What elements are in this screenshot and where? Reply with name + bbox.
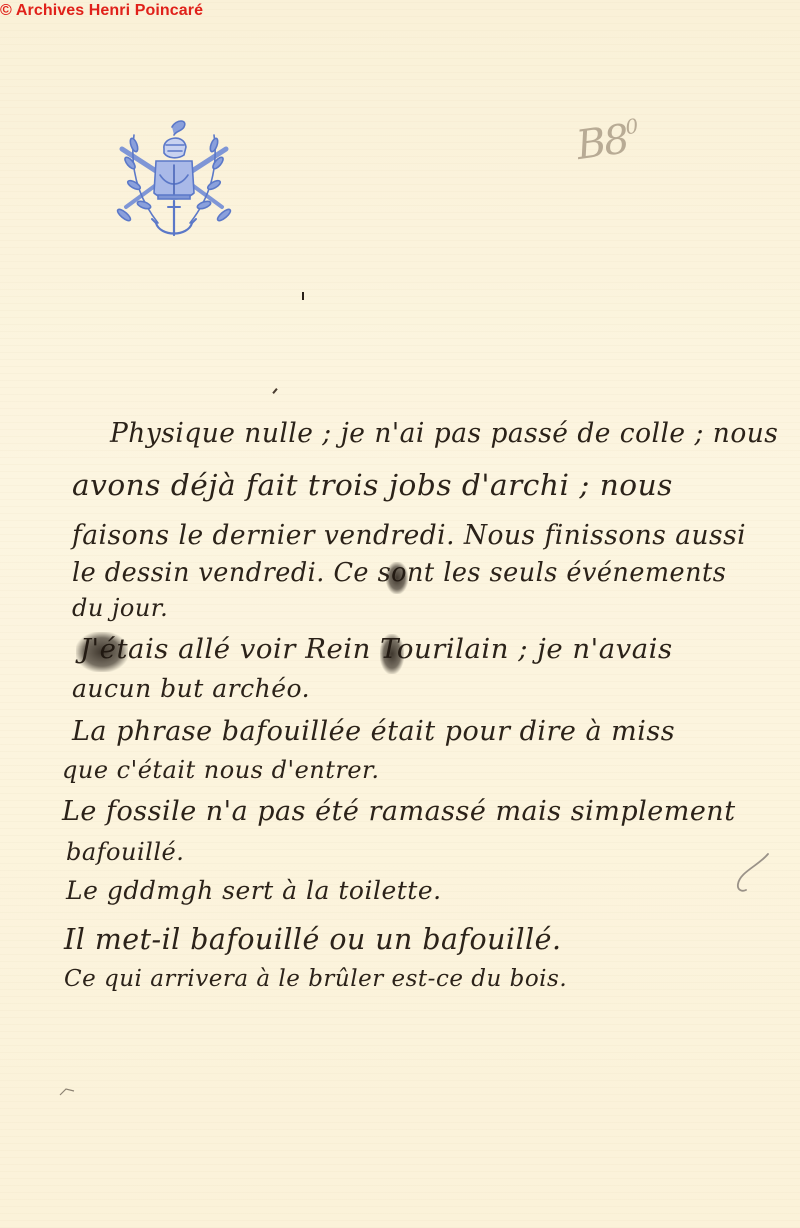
letter-line-2: avons déjà fait trois jobs d'archi ; nou…	[72, 468, 673, 502]
ink-blot	[386, 562, 408, 594]
crossed-out-word	[76, 632, 128, 672]
pencil-mark	[728, 850, 778, 896]
archive-mark-main: B8	[574, 116, 631, 169]
letter-line-5: du jour.	[72, 594, 168, 622]
letter-line-8: La phrase bafouillée était pour dire à m…	[72, 716, 675, 747]
letter-line-11: bafouillé.	[66, 838, 184, 866]
archive-reference-mark: B80	[573, 114, 641, 169]
letter-line-7: aucun but archéo.	[72, 674, 310, 703]
letter-line-14: Ce qui arrivera à le brûler est-ce du bo…	[64, 966, 567, 992]
letter-line-10: Le fossile n'a pas été ramassé mais simp…	[62, 796, 736, 827]
crest-icon	[112, 115, 236, 243]
ink-tick-mark	[302, 292, 304, 300]
archive-mark-sup: 0	[624, 114, 638, 139]
letter-line-9: que c'était nous d'entrer.	[62, 756, 380, 784]
letter-line-1: Physique nulle ; je n'ai pas passé de co…	[110, 418, 778, 449]
copyright-watermark: © Archives Henri Poincaré	[0, 0, 203, 22]
crossed-out-letter	[380, 634, 404, 674]
letter-line-12: Le gddmgh sert à la toilette.	[66, 876, 442, 905]
letter-line-13: Il met-il bafouillé ou un bafouillé.	[64, 922, 561, 956]
ink-hook-mark	[272, 388, 277, 394]
letter-line-3: faisons le dernier vendredi. Nous finiss…	[72, 520, 746, 551]
letter-line-6: J'étais allé voir Rein Tourilain ; je n'…	[80, 634, 673, 665]
paper-crease-mark	[58, 1085, 78, 1099]
